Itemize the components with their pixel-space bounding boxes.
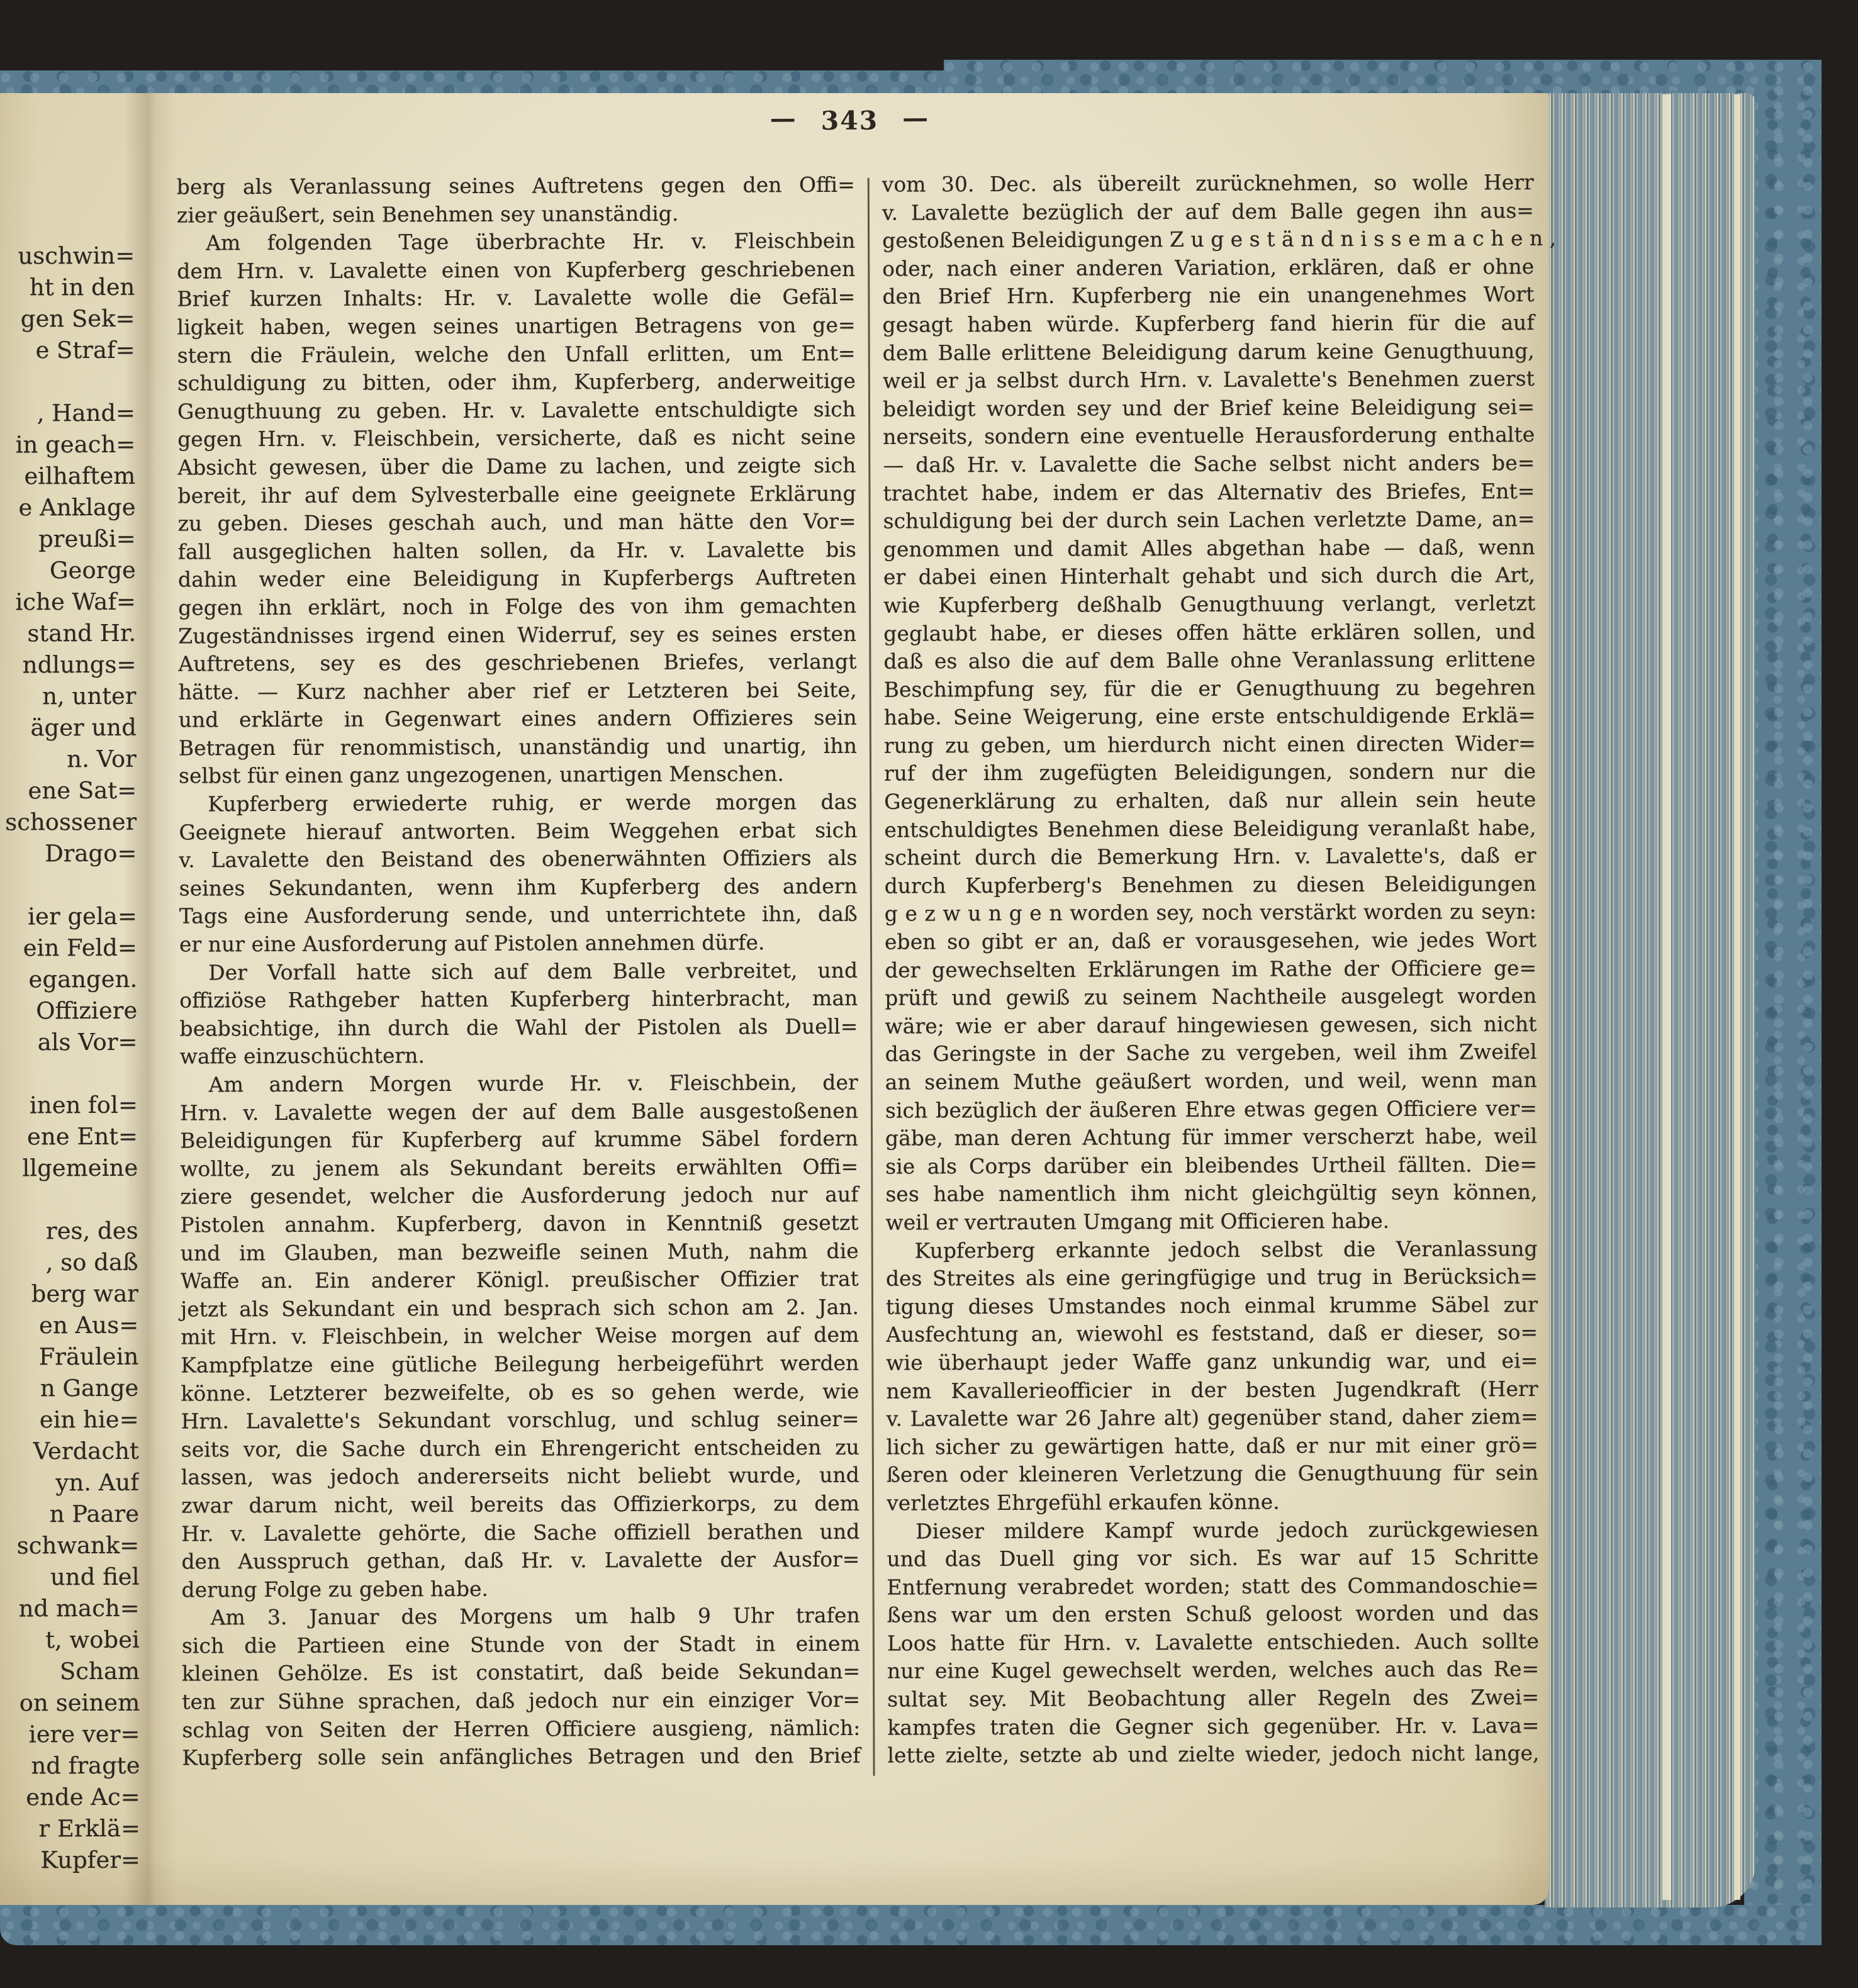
text-line: Hrn. Lavalette's Sekundant vorschlug, un… [181, 1405, 859, 1436]
text-line: gäbe, man deren Achtung für immer versch… [885, 1122, 1537, 1153]
facing-page-text-fragment: , so daß [1, 1247, 138, 1279]
facing-page-text-fragment: ein hie= [2, 1404, 139, 1436]
text-line: den Ausspruch gethan, daß Hr. v. Lavalet… [181, 1546, 859, 1576]
facing-page-text-fragment: llgemeine [1, 1153, 138, 1185]
text-line: sie als Corps darüber ein bleibendes Urt… [885, 1151, 1537, 1181]
text-line: selbst für einen ganz ungezogenen, unart… [179, 760, 857, 790]
text-line: prüft und gewiß zu seinem Nachtheile aus… [885, 982, 1536, 1012]
text-line: Gegenerklärung zu erhalten, daß nur alle… [884, 786, 1536, 816]
facing-page-fragments: uschwin=ht in dengen Sek=e Straf=, Hand=… [0, 240, 140, 1877]
text-line: der gewechselten Erklärungen im Rathe de… [885, 954, 1536, 985]
text-line: verletztes Ehrgefühl erkaufen könne. [887, 1487, 1538, 1517]
text-line: wollte, zu jenem als Sekundant bereits e… [180, 1153, 858, 1183]
text-line: kampfes traten die Gegner sich gegenüber… [887, 1712, 1539, 1742]
text-line: trachtet habe, indem er das Alternativ d… [883, 477, 1535, 508]
text-line: dem Balle erlittene Beleidigung darum ke… [883, 337, 1535, 367]
facing-page-text-fragment: r Erklä= [3, 1813, 140, 1845]
facing-page-text-fragment: uschwin= [0, 240, 135, 272]
text-line: wie überhaupt jeder Waffe ganz unkundig … [886, 1347, 1538, 1377]
facing-page-text-fragment: inen fol= [1, 1090, 138, 1122]
text-line: Beleidigungen für Kupferberg auf krumme … [180, 1125, 858, 1155]
facing-page-text-fragment: en Aus= [1, 1310, 138, 1342]
text-line: Kupferberg solle sein anfängliches Betra… [182, 1742, 860, 1772]
text-line: gesagt haben würde. Kupferberg fand hier… [882, 309, 1534, 339]
facing-page-text-fragment: Fräulein [1, 1341, 138, 1373]
text-line: schuldigung bei der durch sein Lachen ve… [883, 505, 1535, 535]
text-line: er nur eine Ausforderung auf Pistolen an… [179, 929, 858, 959]
facing-page-text-fragment: iche Waf= [0, 586, 136, 618]
text-column-left: berg als Veranlassung seines Auftretens … [177, 171, 861, 1773]
text-line: geglaubt habe, er dieses offen hätte erk… [883, 618, 1535, 648]
text-line: Der Vorfall hatte sich auf dem Balle ver… [179, 956, 858, 986]
text-line: genommen und damit Alles abgethan habe —… [883, 533, 1535, 564]
text-line: Kampfplatze eine gütliche Beilegung herb… [181, 1349, 859, 1380]
text-line: beleidigt worden sey und der Brief keine… [883, 393, 1535, 423]
text-line: Beschimpfung sey, für die er Genugthuung… [884, 674, 1536, 704]
facing-page-text-fragment: schwank= [2, 1530, 139, 1562]
facing-page-text-fragment: George [0, 555, 136, 587]
text-line: gegen Hrn. v. Fleischbein, versicherte, … [177, 423, 856, 454]
facing-page-text-fragment: äger und [0, 712, 137, 744]
text-line: lich sicher zu gewärtigen hatte, daß er … [887, 1431, 1538, 1461]
text-line: Brief kurzen Inhalts: Hr. v. Lavalette w… [177, 283, 855, 313]
facing-page-text-fragment: ht in den [0, 272, 135, 304]
text-line: gegen ihn erklärt, noch in Folge des von… [178, 592, 856, 622]
text-line: ruf der ihm zugefügten Beleidigungen, so… [884, 757, 1536, 788]
page-number-value: 343 [821, 106, 879, 136]
facing-page-text-fragment: on seinem [3, 1687, 140, 1719]
text-line: offiziöse Rathgeber hatten Kupferberg hi… [179, 985, 858, 1015]
text-line: Hr. v. Lavalette gehörte, die Sache offi… [181, 1517, 859, 1548]
text-line: Entfernung verabredet worden; statt des … [887, 1572, 1538, 1602]
paragraph-gap [0, 869, 137, 902]
text-line: derung Folge zu geben habe. [182, 1573, 860, 1604]
text-line: das Geringste in der Sache zu vergeben, … [885, 1038, 1537, 1068]
text-line: weil er vertrauten Umgang mit Officieren… [885, 1207, 1537, 1237]
text-line: ses habe namentlich ihm nicht gleichgült… [885, 1178, 1537, 1209]
facing-page-text-fragment: in geach= [0, 429, 135, 461]
text-line: nem Kavallerieofficier in der besten Jug… [886, 1375, 1538, 1405]
facing-page-text-fragment: ier gela= [0, 901, 137, 933]
facing-page-text-fragment: iere ver= [3, 1719, 140, 1751]
text-line: jetzt als Sekundant ein und besprach sic… [181, 1293, 859, 1324]
facing-page-text-fragment: ende Ac= [3, 1782, 140, 1814]
text-line: entschuldigtes Benehmen diese Beleidigun… [884, 814, 1536, 844]
facing-page-text-fragment: gen Sek= [0, 303, 135, 335]
text-line: berg als Veranlassung seines Auftretens … [177, 171, 855, 201]
facing-page-text-fragment: als Vor= [0, 1027, 137, 1059]
text-line: ßeren oder kleineren Verletzung die Genu… [887, 1459, 1538, 1489]
facing-page-text-fragment: Drago= [0, 838, 137, 870]
text-line: Betragen für renommistisch, unanständig … [179, 732, 857, 762]
paragraph-gap [1, 1058, 138, 1090]
facing-page-text-fragment: , Hand= [0, 398, 135, 430]
text-column-right: vom 30. Dec. als übereilt zurücknehmen, … [882, 169, 1540, 1770]
text-line: Kupferberg erkannte jedoch selbst die Ve… [886, 1235, 1538, 1265]
text-line: Hrn. v. Lavalette wegen der auf dem Ball… [180, 1097, 858, 1127]
page-text-layer: uschwin=ht in dengen Sek=e Straf=, Hand=… [0, 0, 1858, 1988]
facing-page-text-fragment: berg war [1, 1278, 138, 1310]
text-line: eben so gibt er an, daß er vorausgesehen… [885, 926, 1536, 956]
paragraph-gap [0, 366, 135, 398]
text-line: Genugthuung zu geben. Hr. v. Lavalette e… [177, 396, 856, 426]
text-line: wäre; wie er aber darauf hingewiesen gew… [885, 1010, 1536, 1041]
text-line: v. Lavalette war 26 Jahre alt) gegenüber… [887, 1403, 1538, 1433]
facing-page-text-fragment: t, wobei [3, 1624, 140, 1656]
facing-page-text-fragment: stand Hr. [0, 618, 136, 650]
column-divider-rule [868, 178, 875, 1776]
text-line: hätte. — Kurz nachher aber rief er Letzt… [179, 676, 857, 706]
facing-page-text-fragment: n Gange [1, 1373, 138, 1405]
text-line: stern die Fräulein, welche den Unfall er… [177, 339, 856, 369]
text-line: v. Lavalette den Beistand des obenerwähn… [179, 844, 857, 874]
text-line: v. Lavalette bezüglich der auf dem Balle… [882, 197, 1534, 227]
text-line: und im Glauben, man bezweifle seinen Mut… [181, 1237, 859, 1267]
text-line: ziere gesendet, welcher die Ausforderung… [180, 1181, 858, 1211]
text-line: g e z w u n g e n worden sey, noch verst… [885, 898, 1536, 928]
page-number-dash: — [770, 103, 797, 133]
text-line: lette zielte, setzte ab und zielte wiede… [887, 1739, 1539, 1770]
text-line: seits vor, die Sache durch ein Ehrengeri… [181, 1433, 859, 1463]
text-line: Am 3. Januar des Morgens um halb 9 Uhr t… [182, 1602, 860, 1632]
facing-page-text-fragment: n. Vor [0, 744, 137, 776]
text-line: fall ausgeglichen halten sollen, da Hr. … [178, 536, 856, 566]
facing-page-text-fragment: res, des [1, 1215, 138, 1248]
facing-page-text-fragment: yn. Auf [2, 1467, 139, 1499]
text-line: Am folgenden Tage überbrachte Hr. v. Fle… [177, 227, 855, 257]
text-line: ten zur Sühne sprachen, daß jedoch nur e… [182, 1686, 860, 1716]
text-line: nerseits, sondern eine eventuelle Heraus… [883, 421, 1535, 451]
text-line: daß es also die auf dem Balle ohne Veran… [883, 645, 1535, 676]
facing-page-text-fragment: n Paare [2, 1499, 139, 1531]
facing-page-text-fragment: preußi= [0, 523, 136, 556]
text-line: an seinem Muthe geäußert worden, und wei… [885, 1066, 1537, 1097]
facing-page-text-fragment: e Straf= [0, 335, 135, 367]
text-line: Ausfechtung an, wiewohl es feststand, da… [886, 1319, 1538, 1349]
text-line: schlag von Seiten der Herren Officiere a… [182, 1714, 860, 1744]
text-line: nur eine Kugel gewechselt werden, welche… [887, 1655, 1539, 1685]
text-line: dem Hrn. v. Lavalette einen von Kupferbe… [177, 255, 855, 286]
facing-page-text-fragment: Verdacht [2, 1436, 139, 1468]
facing-page-text-fragment: Kupfer= [3, 1845, 140, 1877]
text-line: könne. Letzterer bezweifelte, ob es so g… [181, 1377, 859, 1407]
text-line: ßens war um den ersten Schuß geloost wor… [887, 1599, 1539, 1629]
facing-page-text-fragment: ene Sat= [0, 775, 137, 807]
facing-page-text-fragment: Scham [3, 1656, 140, 1688]
text-line: weil er ja selbst durch Hrn. v. Lavalett… [883, 365, 1535, 395]
facing-page-text-fragment: e Anklage [0, 492, 136, 524]
text-line: schuldigung zu bitten, oder ihm, Kupferb… [177, 367, 856, 398]
text-line: waffe einzuschüchtern. [180, 1041, 858, 1071]
book-scan: uschwin=ht in dengen Sek=e Straf=, Hand=… [0, 0, 1858, 1988]
text-line: Absicht gewesen, über die Dame zu lachen… [177, 452, 856, 482]
text-line: ligkeit haben, wegen seines unartigen Be… [177, 311, 855, 342]
text-line: lassen, was jedoch andererseits nicht be… [181, 1461, 859, 1492]
facing-page-text-fragment: schossener [0, 807, 137, 839]
text-line: kleinen Gehölze. Es ist constatirt, daß … [182, 1658, 860, 1688]
text-line: zu geben. Dieses geschah auch, und man h… [178, 508, 856, 538]
text-line: Loos hatte für Hrn. v. Lavalette entschi… [887, 1628, 1539, 1658]
text-line: habe. Seine Weigerung, eine erste entsch… [884, 701, 1536, 732]
text-line: zwar darum nicht, weil bereits das Offiz… [181, 1490, 859, 1520]
text-line: Am andern Morgen wurde Hr. v. Fleischbei… [180, 1069, 858, 1099]
text-line: zier geäußert, sein Benehmen sey unanstä… [177, 199, 855, 229]
text-line: Zugeständnisses irgend einen Widerruf, s… [178, 620, 856, 650]
text-line: er dabei einen Hinterhalt gehabt und sic… [883, 561, 1535, 591]
text-line: tigung dieses Umstandes noch einmal krum… [886, 1291, 1538, 1321]
text-line: durch Kupferberg's Benehmen zu diesen Be… [885, 870, 1536, 900]
text-line: vom 30. Dec. als übereilt zurücknehmen, … [882, 169, 1534, 199]
facing-page-text-fragment: und fiel [2, 1561, 139, 1594]
text-line: Waffe an. Ein anderer Königl. preußische… [181, 1265, 859, 1295]
text-line: den Brief Hrn. Kupferberg nie ein unange… [882, 281, 1534, 311]
text-line: sich bezüglich der äußeren Ehre etwas ge… [885, 1095, 1537, 1125]
text-line: gestoßenen Beleidigungen Z u g e s t ä n… [882, 225, 1534, 255]
text-line: Kupferberg erwiederte ruhig, er werde mo… [179, 788, 857, 818]
text-line: sultat sey. Mit Beobachtung aller Regeln… [887, 1684, 1539, 1714]
facing-page-text-fragment: ein Feld= [0, 932, 137, 964]
text-line: oder, nach einer anderen Variation, erkl… [882, 253, 1534, 283]
text-line: des Streites als eine geringfügige und t… [886, 1263, 1538, 1293]
page-number: —343— [167, 103, 1532, 138]
text-line: bereit, ihr auf dem Sylvesterballe eine … [177, 479, 856, 510]
text-line: Geeignete hierauf antworten. Beim Weggeh… [179, 816, 857, 846]
text-line: scheint durch die Bemerkung Hrn. v. Lava… [884, 842, 1536, 872]
text-line: Dieser mildere Kampf wurde jedoch zurück… [887, 1516, 1538, 1546]
text-line: seines Sekundanten, wenn ihm Kupferberg … [179, 873, 858, 903]
text-line: Pistolen annahm. Kupferberg, davon in Ke… [180, 1209, 858, 1239]
facing-page-text-fragment: ene Ent= [1, 1121, 138, 1153]
text-line: mit Hrn. v. Fleischbein, in welcher Weis… [181, 1321, 859, 1351]
facing-page-text-fragment: ndlungs= [0, 649, 137, 681]
facing-page-text-fragment: eilhaftem [0, 461, 135, 493]
text-line: Auftretens, sey es des geschriebenen Bri… [178, 648, 856, 678]
text-line: und das Duell ging vor sich. Es war auf … [887, 1543, 1538, 1573]
text-line: sich die Partieen eine Stunde von der St… [182, 1630, 860, 1660]
facing-page-text-fragment: Offiziere [0, 995, 137, 1027]
facing-page-text-fragment: nd fragte [3, 1750, 140, 1782]
page-number-dash: — [902, 103, 929, 133]
paragraph-gap [1, 1184, 138, 1216]
text-line: und erklärte in Gegenwart eines andern O… [179, 704, 857, 734]
text-line: beabsichtige, ihn durch die Wahl der Pis… [179, 1013, 858, 1043]
facing-page-text-fragment: nd mach= [3, 1593, 140, 1625]
facing-page-text-fragment: egangen. [0, 964, 137, 996]
text-line: — daß Hr. v. Lavalette die Sache selbst … [883, 449, 1535, 479]
text-line: wie Kupferberg deßhalb Genugthuung verla… [883, 589, 1535, 620]
facing-page-text-fragment: n, unter [0, 681, 137, 713]
text-line: dahin weder eine Beleidigung in Kupferbe… [178, 564, 856, 594]
text-line: rung zu geben, um hierdurch nicht einen … [884, 730, 1536, 760]
text-line: Tags eine Ausforderung sende, und unterr… [179, 900, 858, 930]
